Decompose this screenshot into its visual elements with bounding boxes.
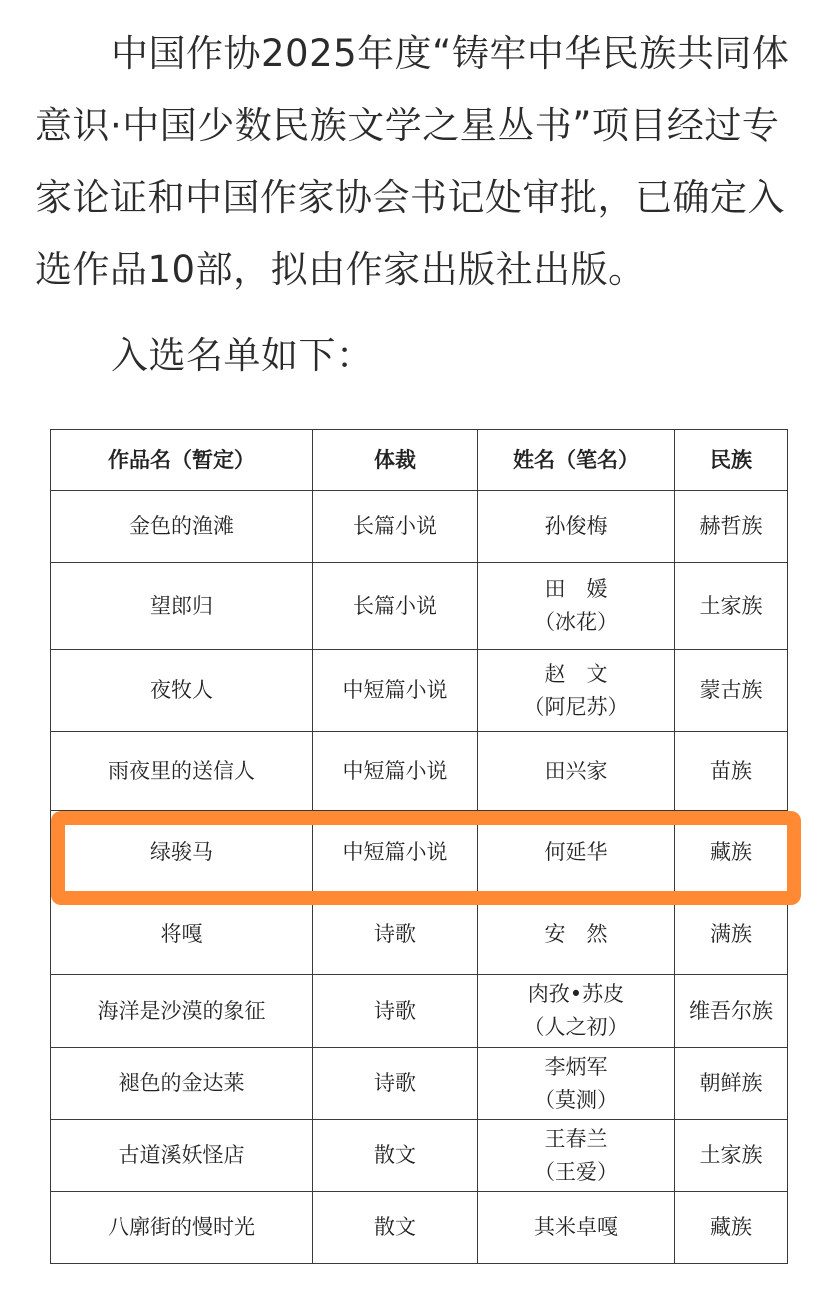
- cell-genre: 中短篇小说: [313, 732, 478, 811]
- author-name: 何延华: [478, 836, 674, 869]
- cell-ethnicity: 蒙古族: [675, 650, 788, 732]
- cell-ethnicity: 土家族: [675, 1120, 788, 1192]
- cell-author: 安 然: [478, 895, 675, 975]
- cell-title: 海洋是沙漠的象征: [51, 975, 313, 1048]
- cell-title: 古道溪妖怪店: [51, 1120, 313, 1192]
- author-pen-name: （冰花）: [478, 606, 674, 639]
- table-row: 金色的渔滩长篇小说孙俊梅赫哲族: [51, 491, 788, 563]
- cell-genre: 诗歌: [313, 975, 478, 1048]
- author-pen-name: （人之初）: [478, 1011, 674, 1044]
- cell-title: 夜牧人: [51, 650, 313, 732]
- cell-genre: 诗歌: [313, 1048, 478, 1120]
- cell-ethnicity: 朝鲜族: [675, 1048, 788, 1120]
- table-row: 褪色的金达莱诗歌李炳军（莫测）朝鲜族: [51, 1048, 788, 1120]
- cell-genre: 散文: [313, 1120, 478, 1192]
- cell-author: 田 媛（冰花）: [478, 563, 675, 650]
- author-pen-name: （莫测）: [478, 1084, 674, 1117]
- header-ethnicity: 民族: [675, 430, 788, 491]
- cell-ethnicity: 藏族: [675, 1192, 788, 1264]
- cell-genre: 长篇小说: [313, 563, 478, 650]
- cell-author: 其米卓嘎: [478, 1192, 675, 1264]
- cell-title: 绿骏马: [51, 811, 313, 895]
- author-name: 肉孜•苏皮: [478, 978, 674, 1011]
- author-name: 赵 文: [478, 658, 674, 691]
- table-row: 雨夜里的送信人中短篇小说田兴家苗族: [51, 732, 788, 811]
- cell-author: 王春兰（王爱）: [478, 1120, 675, 1192]
- cell-author: 李炳军（莫测）: [478, 1048, 675, 1120]
- author-pen-name: （阿尼苏）: [478, 691, 674, 724]
- cell-author: 孙俊梅: [478, 491, 675, 563]
- author-name: 李炳军: [478, 1051, 674, 1084]
- table-row: 将嘎诗歌安 然满族: [51, 895, 788, 975]
- intro-paragraph: 中国作协2025年度“铸牢中华民族共同体意识·中国少数民族文学之星丛书”项目经过…: [35, 18, 805, 306]
- author-name: 安 然: [478, 918, 674, 951]
- cell-ethnicity: 土家族: [675, 563, 788, 650]
- cell-ethnicity: 满族: [675, 895, 788, 975]
- cell-title: 将嘎: [51, 895, 313, 975]
- cell-title: 褪色的金达莱: [51, 1048, 313, 1120]
- table-row: 望郎归长篇小说田 媛（冰花）土家族: [51, 563, 788, 650]
- header-title: 作品名（暂定）: [51, 430, 313, 491]
- author-name: 田兴家: [478, 755, 674, 788]
- cell-title: 望郎归: [51, 563, 313, 650]
- cell-title: 金色的渔滩: [51, 491, 313, 563]
- table-row: 古道溪妖怪店散文王春兰（王爱）土家族: [51, 1120, 788, 1192]
- table-row: 八廓街的慢时光散文其米卓嘎藏族: [51, 1192, 788, 1264]
- cell-title: 雨夜里的送信人: [51, 732, 313, 811]
- cell-genre: 诗歌: [313, 895, 478, 975]
- header-name: 姓名（笔名）: [478, 430, 675, 491]
- table-row: 绿骏马中短篇小说何延华藏族: [51, 811, 788, 895]
- list-heading: 入选名单如下：: [111, 320, 833, 392]
- table-row: 夜牧人中短篇小说赵 文（阿尼苏）蒙古族: [51, 650, 788, 732]
- table-header-row: 作品名（暂定） 体裁 姓名（笔名） 民族: [51, 430, 788, 491]
- cell-genre: 中短篇小说: [313, 650, 478, 732]
- cell-author: 何延华: [478, 811, 675, 895]
- author-name: 孙俊梅: [478, 510, 674, 543]
- cell-title: 八廓街的慢时光: [51, 1192, 313, 1264]
- author-name: 田 媛: [478, 573, 674, 606]
- cell-genre: 散文: [313, 1192, 478, 1264]
- cell-ethnicity: 赫哲族: [675, 491, 788, 563]
- cell-ethnicity: 维吾尔族: [675, 975, 788, 1048]
- author-name: 王春兰: [478, 1123, 674, 1156]
- selection-table: 作品名（暂定） 体裁 姓名（笔名） 民族 金色的渔滩长篇小说孙俊梅赫哲族望郎归长…: [50, 429, 788, 1264]
- table-row: 海洋是沙漠的象征诗歌肉孜•苏皮（人之初）维吾尔族: [51, 975, 788, 1048]
- author-pen-name: （王爱）: [478, 1156, 674, 1189]
- author-name: 其米卓嘎: [478, 1211, 674, 1244]
- cell-genre: 长篇小说: [313, 491, 478, 563]
- header-genre: 体裁: [313, 430, 478, 491]
- cell-author: 赵 文（阿尼苏）: [478, 650, 675, 732]
- cell-author: 田兴家: [478, 732, 675, 811]
- cell-author: 肉孜•苏皮（人之初）: [478, 975, 675, 1048]
- cell-ethnicity: 苗族: [675, 732, 788, 811]
- cell-genre: 中短篇小说: [313, 811, 478, 895]
- cell-ethnicity: 藏族: [675, 811, 788, 895]
